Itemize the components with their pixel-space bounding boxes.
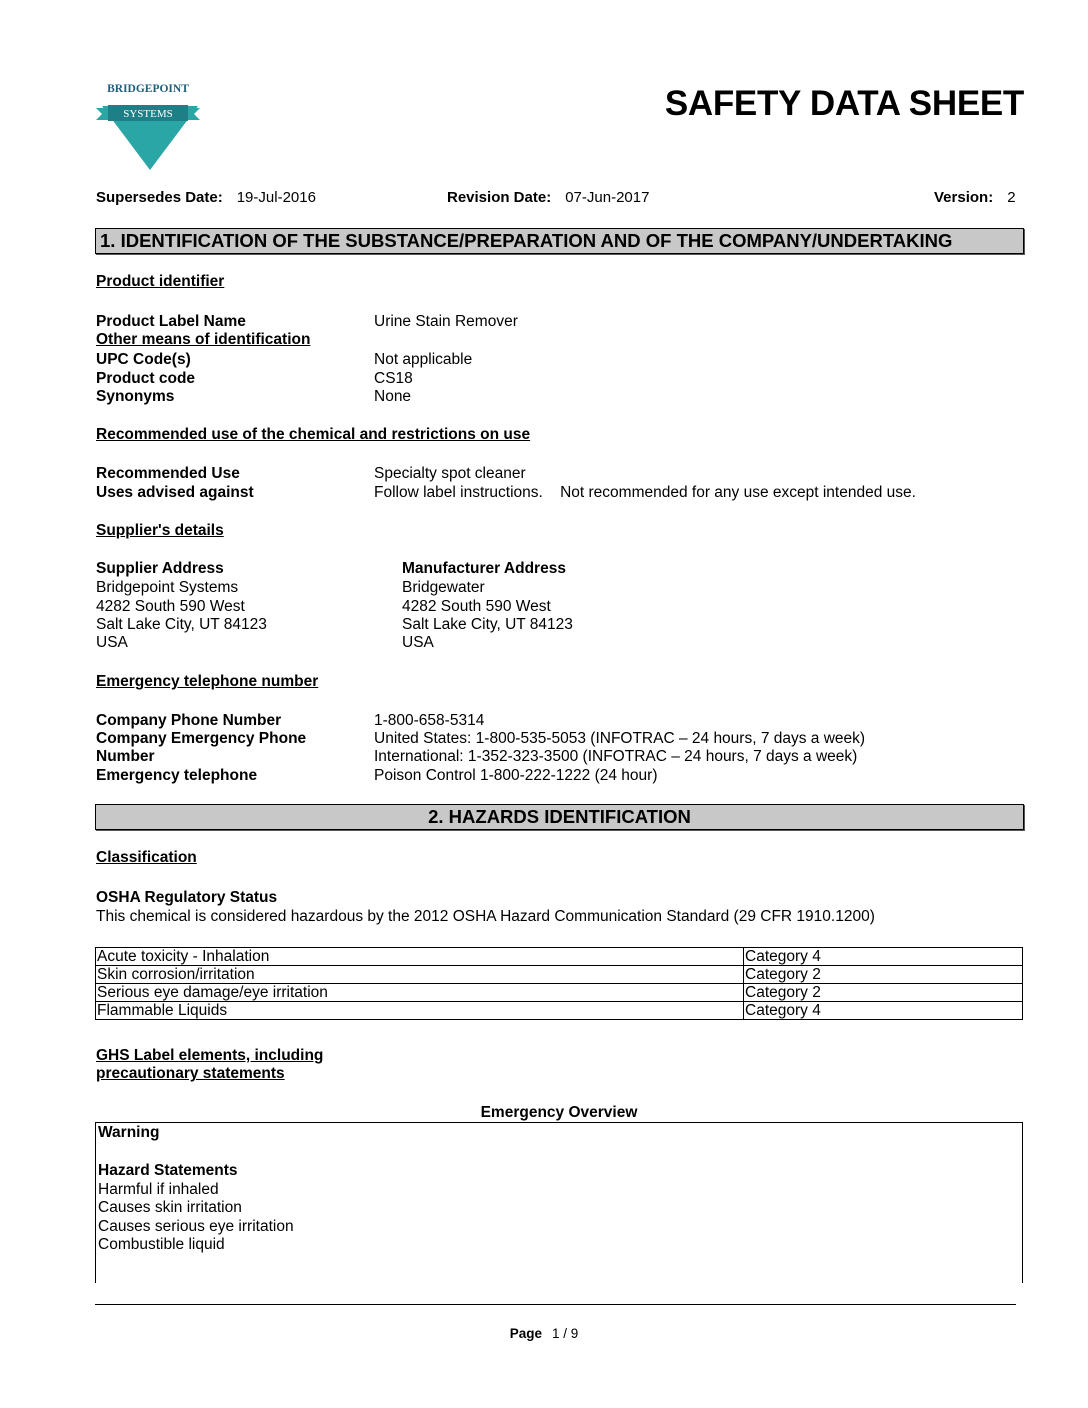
hazard-statement: Harmful if inhaled — [98, 1180, 219, 1199]
upc-row: UPC Code(s) Not applicable — [96, 350, 1026, 369]
section-1-header: 1. IDENTIFICATION OF THE SUBSTANCE/PREPA… — [95, 228, 1024, 254]
product-identifier-heading: Product identifier — [96, 273, 224, 291]
category-cell: Category 4 — [744, 1002, 1023, 1020]
suppliers-details-heading: Supplier's details — [96, 522, 224, 540]
hazard-statement: Causes skin irritation — [98, 1198, 242, 1217]
classification-heading: Classification — [96, 849, 197, 867]
address-line-row: USA USA — [96, 633, 1026, 652]
emergency-phone-row: Company Emergency Phone United States: 1… — [96, 729, 1026, 748]
ghs-label-heading-line1: GHS Label elements, including — [96, 1047, 323, 1065]
recommended-use-row: Recommended Use Specialty spot cleaner — [96, 464, 1026, 483]
address-line-row: Bridgepoint Systems Bridgewater — [96, 578, 1026, 597]
supersedes-label: Supersedes Date: — [96, 189, 223, 206]
address-line-row: 4282 South 590 West 4282 South 590 West — [96, 597, 1026, 616]
signal-word: Warning — [98, 1123, 159, 1142]
hazard-statement: Causes serious eye irritation — [98, 1217, 294, 1236]
category-cell: Category 2 — [744, 966, 1023, 984]
footer-divider — [95, 1304, 1016, 1305]
svg-text:BRIDGEPOINT: BRIDGEPOINT — [107, 83, 189, 95]
bridgepoint-logo: BRIDGEPOINT SYSTEMS — [94, 80, 202, 172]
emergency-telephone-heading: Emergency telephone number — [96, 673, 318, 691]
hazard-statements-heading: Hazard Statements — [98, 1161, 238, 1180]
revision-value: 07-Jun-2017 — [565, 189, 649, 206]
section-2-header: 2. HAZARDS IDENTIFICATION — [95, 804, 1024, 830]
osha-status-heading: OSHA Regulatory Status — [96, 889, 277, 907]
page-value: 1 / 9 — [552, 1326, 578, 1341]
page-indicator: Page1 / 9 — [0, 1326, 1088, 1341]
version: Version:2 — [934, 189, 1016, 206]
emergency-phone-row: Company Phone Number 1-800-658-5314 — [96, 711, 1026, 730]
address-line-row: Salt Lake City, UT 84123 Salt Lake City,… — [96, 615, 1026, 634]
supersedes-date: Supersedes Date:19-Jul-2016 — [96, 189, 316, 206]
hazard-cell: Flammable Liquids — [96, 1002, 744, 1020]
revision-label: Revision Date: — [447, 189, 551, 206]
synonyms-row: Synonyms None — [96, 387, 1026, 406]
other-means-heading: Other means of identification — [96, 331, 310, 349]
emergency-overview-title: Emergency Overview — [95, 1104, 1023, 1122]
category-cell: Category 2 — [744, 984, 1023, 1002]
product-code-row: Product code CS18 — [96, 369, 1026, 388]
table-row: Acute toxicity - Inhalation Category 4 — [96, 948, 1023, 966]
table-row: Skin corrosion/irritation Category 2 — [96, 966, 1023, 984]
emergency-overview-box: Warning Hazard Statements Harmful if inh… — [95, 1122, 1023, 1283]
address-titles-row: Supplier Address Manufacturer Address — [96, 559, 1026, 578]
page-label: Page — [510, 1326, 542, 1341]
uses-advised-against-row: Uses advised against Follow label instru… — [96, 483, 1026, 502]
supplier-address-title: Supplier Address — [96, 559, 224, 578]
document-title: SAFETY DATA SHEET — [640, 84, 1024, 124]
emergency-phone-row: Emergency telephone Poison Control 1-800… — [96, 766, 1026, 785]
hazard-statement: Combustible liquid — [98, 1235, 225, 1254]
recommended-use-heading: Recommended use of the chemical and rest… — [96, 426, 530, 444]
category-cell: Category 4 — [744, 948, 1023, 966]
table-row: Serious eye damage/eye irritation Catego… — [96, 984, 1023, 1002]
supersedes-value: 19-Jul-2016 — [237, 189, 316, 206]
hazard-cell: Acute toxicity - Inhalation — [96, 948, 744, 966]
logo-triangle-icon: BRIDGEPOINT SYSTEMS — [94, 80, 202, 172]
revision-date: Revision Date:07-Jun-2017 — [447, 189, 649, 206]
version-label: Version: — [934, 189, 993, 206]
osha-status-text: This chemical is considered hazardous by… — [96, 908, 875, 926]
classification-table: Acute toxicity - Inhalation Category 4 S… — [95, 947, 1023, 1020]
product-label-name-row: Product Label Name Urine Stain Remover — [96, 312, 1026, 331]
emergency-phone-row: Number International: 1-352-323-3500 (IN… — [96, 747, 1026, 766]
svg-text:SYSTEMS: SYSTEMS — [123, 108, 173, 120]
table-row: Flammable Liquids Category 4 — [96, 1002, 1023, 1020]
manufacturer-address-title: Manufacturer Address — [402, 559, 566, 578]
hazard-cell: Serious eye damage/eye irritation — [96, 984, 744, 1002]
ghs-label-heading-line2: precautionary statements — [96, 1065, 285, 1083]
hazard-cell: Skin corrosion/irritation — [96, 966, 744, 984]
version-value: 2 — [1007, 189, 1015, 206]
